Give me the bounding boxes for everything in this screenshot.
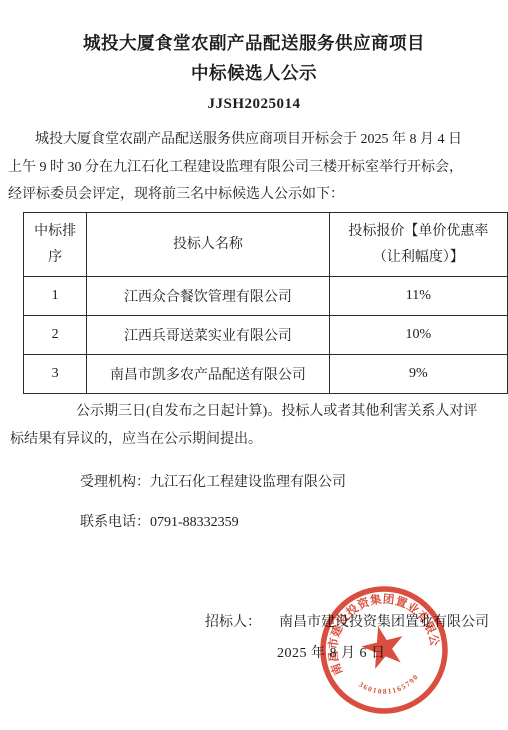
rate-cell: 11%	[329, 277, 507, 316]
bidder-cell: 江西众合餐饮管理有限公司	[87, 277, 330, 316]
table-row: 2 江西兵哥送菜实业有限公司 10%	[24, 316, 508, 355]
rate-cell: 9%	[329, 355, 507, 394]
document-title: 城投大厦食堂农副产品配送服务供应商项目 中标候选人公示	[0, 28, 508, 88]
bid-notice-document: 城投大厦食堂农副产品配送服务供应商项目 中标候选人公示 JJSH2025014 …	[0, 0, 508, 730]
table-header-bidder: 投标人名称	[87, 213, 330, 277]
publicity-period-paragraph: 公示期三日(自发布之日起计算)。投标人或者其他利害关系人对评 标结果有异议的，应…	[10, 398, 486, 453]
tenderer-line: 招标人：南昌市建设投资集团置业有限公司	[205, 615, 489, 631]
rank-cell: 1	[24, 277, 87, 316]
seal-number-text: 3601081165790	[356, 666, 424, 703]
intro-paragraph: 城投大厦食堂农副产品配送服务供应商项目开标会于 2025 年 8 月 4 日 上…	[8, 126, 484, 209]
rate-cell: 10%	[329, 316, 507, 355]
table-header-row: 中标排 序 投标人名称 投标报价【单价优惠率 （让利幅度）】	[24, 213, 508, 277]
project-number: JJSH2025014	[0, 94, 508, 114]
bidder-cell: 江西兵哥送菜实业有限公司	[87, 316, 330, 355]
table-header-rank: 中标排 序	[24, 213, 87, 277]
handling-agency-line: 受理机构：九江石化工程建设监理有限公司	[80, 475, 346, 491]
bid-candidates-table: 中标排 序 投标人名称 投标报价【单价优惠率 （让利幅度）】 1 江西众合餐饮管…	[23, 212, 508, 394]
table-header-rate: 投标报价【单价优惠率 （让利幅度）】	[329, 213, 507, 277]
contact-phone-line: 联系电话：0791-88332359	[80, 515, 239, 531]
table-row: 3 南昌市凯多农产品配送有限公司 9%	[24, 355, 508, 394]
rank-cell: 2	[24, 316, 87, 355]
table-row: 1 江西众合餐饮管理有限公司 11%	[24, 277, 508, 316]
document-date: 2025 年 8 月 6 日	[277, 646, 386, 662]
bidder-cell: 南昌市凯多农产品配送有限公司	[87, 355, 330, 394]
tenderer-name: 南昌市建设投资集团置业有限公司	[279, 615, 489, 630]
rank-cell: 3	[24, 355, 87, 394]
tenderer-label: 招标人：	[205, 615, 261, 630]
